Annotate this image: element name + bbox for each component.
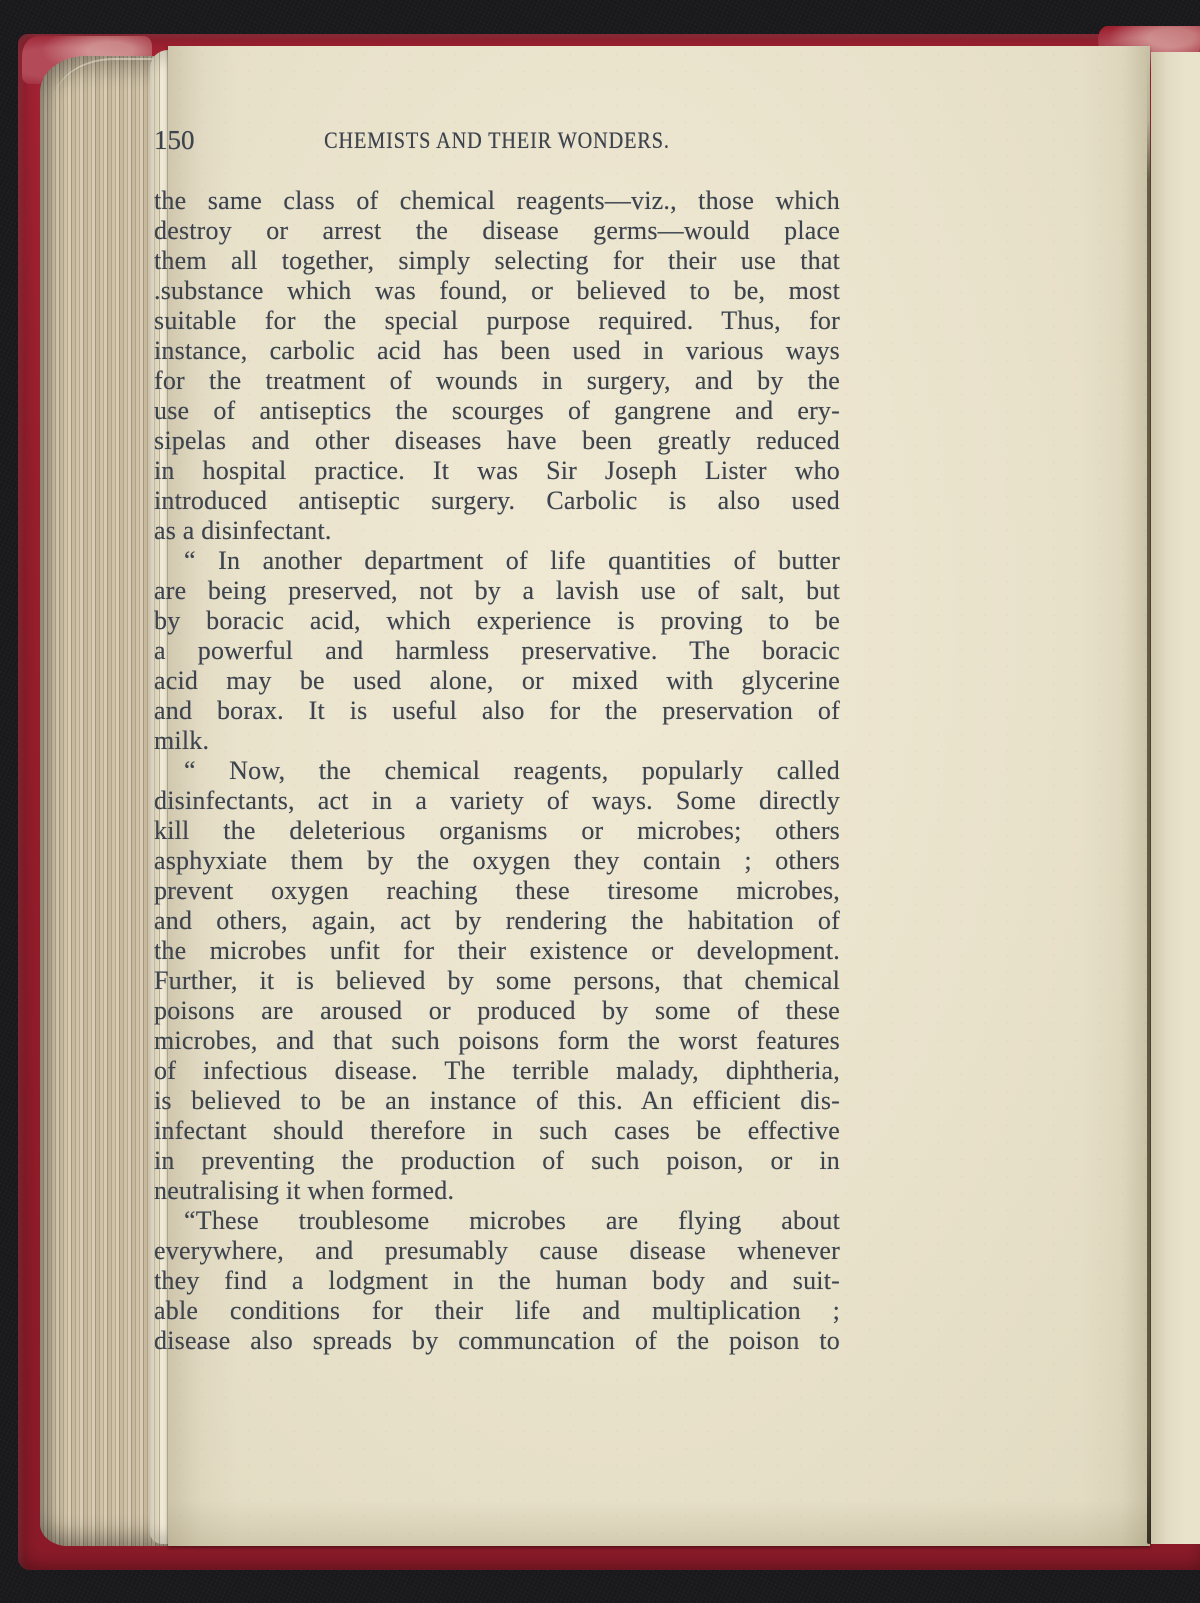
text-line: the microbes unfit for their existence o… (154, 936, 840, 966)
paragraph: “ Now, the chemical reagents, popularly … (154, 756, 840, 1206)
paragraph: “These troublesome microbes are flying a… (154, 1206, 840, 1356)
text-line: by boracic acid, which experience is pro… (154, 606, 840, 636)
text-line: in preventing the production of such poi… (154, 1146, 840, 1176)
text-line: able conditions for their life and multi… (154, 1296, 840, 1326)
text-line: kill the deleterious organisms or microb… (154, 816, 840, 846)
text-line: microbes, and that such poisons form the… (154, 1026, 840, 1056)
text-line: poisons are aroused or produced by some … (154, 996, 840, 1026)
page-number: 150 (154, 125, 195, 155)
text-line: disinfectants, act in a variety of ways.… (154, 786, 840, 816)
text-line: acid may be used alone, or mixed with gl… (154, 666, 840, 696)
text-line: disease also spreads by communcation of … (154, 1326, 840, 1356)
text-line: instance, carbolic acid has been used in… (154, 336, 840, 366)
text-line: asphyxiate them by the oxygen they conta… (154, 846, 840, 876)
text-line: prevent oxygen reaching these tiresome m… (154, 876, 840, 906)
paragraph: the same class of chemical reagents—viz.… (154, 186, 840, 546)
text-line: destroy or arrest the disease germs—woul… (154, 216, 840, 246)
page-text: the same class of chemical reagents—viz.… (154, 186, 840, 1356)
text-line: is believed to be an instance of this. A… (154, 1086, 840, 1116)
page-header: 150 CHEMISTS AND THEIR WONDERS. (154, 124, 840, 158)
text-line: infectant should therefore in such cases… (154, 1116, 840, 1146)
running-header: CHEMISTS AND THEIR WONDERS. (195, 127, 799, 155)
text-line: in hospital practice. It was Sir Joseph … (154, 456, 840, 486)
text-line: of infectious disease. The terrible mala… (154, 1056, 840, 1086)
text-line: use of antiseptics the scourges of gangr… (154, 396, 840, 426)
text-line: they find a lodgment in the human body a… (154, 1266, 840, 1296)
facing-page-edge (1151, 52, 1200, 1544)
text-line: and others, again, act by rendering the … (154, 906, 840, 936)
text-line: Further, it is believed by some persons,… (154, 966, 840, 996)
text-line: milk. (154, 726, 840, 756)
text-line: “These troublesome microbes are flying a… (154, 1206, 840, 1236)
paragraph: “ In another department of life quantiti… (154, 546, 840, 756)
text-line: a powerful and harmless preservative. Th… (154, 636, 840, 666)
text-line: “ In another department of life quantiti… (154, 546, 840, 576)
text-line: introduced antiseptic surgery. Carbolic … (154, 486, 840, 516)
text-line: sipelas and other diseases have been gre… (154, 426, 840, 456)
book-photograph: 150 CHEMISTS AND THEIR WONDERS. the same… (0, 0, 1200, 1603)
text-line: neutralising it when formed. (154, 1176, 840, 1206)
text-line: “ Now, the chemical reagents, popularly … (154, 756, 840, 786)
text-line: them all together, simply selecting for … (154, 246, 840, 276)
text-line: suitable for the special purpose require… (154, 306, 840, 336)
text-line: everywhere, and presumably cause disease… (154, 1236, 840, 1266)
text-line: as a disinfectant. (154, 516, 840, 546)
text-line: for the treatment of wounds in surgery, … (154, 366, 840, 396)
text-line: and borax. It is useful also for the pre… (154, 696, 840, 726)
text-line: .substance which was found, or believed … (154, 276, 840, 306)
text-line: the same class of chemical reagents—viz.… (154, 186, 840, 216)
text-line: are being preserved, not by a lavish use… (154, 576, 840, 606)
